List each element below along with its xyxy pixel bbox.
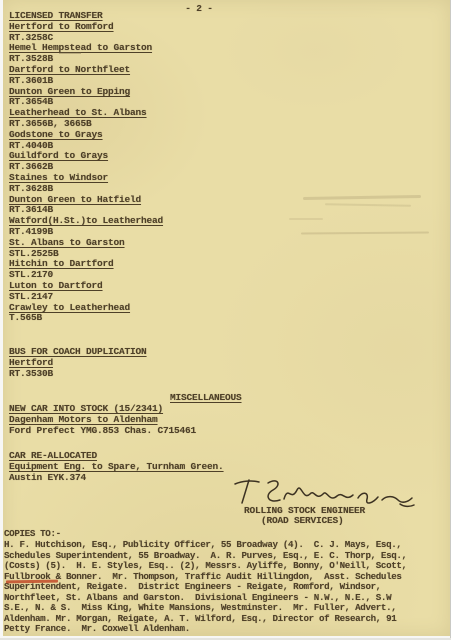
transfer-entry: Crawley to Leatherhead T.565B [9,303,163,325]
pencil-smudge [301,231,429,234]
transfer-entry: Hitchin to Dartford STL.2170 [9,259,163,281]
licensed-transfer-list: Hertford to Romford RT.3258C Hemel Hemps… [9,22,163,324]
fleet-number: RT.3628B [9,184,163,195]
route-name: Hertford [9,358,147,369]
faint-dash-mark [59,52,81,54]
section-licensed-transfer: LICENSED TRANSFER Hertford to Romford RT… [9,11,163,324]
scanned-document-page: - 2 - LICENSED TRANSFER Hertford to Romf… [3,0,450,636]
pencil-smudge [325,203,411,207]
fleet-number: RT.3601B [9,76,163,87]
transfer-entry: Hertford to Romford RT.3258C [9,22,163,44]
handwritten-signature [232,476,418,508]
copies-line: S.E., N. & S. Miss King, White Mansions,… [4,603,450,614]
bus-duplication-list: Hertford RT.3530B [9,358,147,380]
transfer-entry: Watford(H.St.)to Leatherhead RT.4199B [9,216,163,238]
transfer-entry: Staines to Windsor RT.3628B [9,173,163,195]
transfer-entry: St. Albans to Garston STL.2525B [9,238,163,260]
fleet-number: T.565B [9,313,163,324]
section-car-reallocated: CAR RE-ALLOCATED Equipment Eng. to Spare… [9,451,224,483]
route-name: Godstone to Grays [9,130,163,141]
copies-line: H. F. Hutchison, Esq., Publicity Officer… [4,540,450,551]
signatory-role-department: (ROAD SERVICES) [261,516,344,527]
copies-line: (Costs) (5). H. E. Styles, Esq.. (2), Me… [4,561,450,572]
copies-line: Superintendent, Reigate. District Engine… [4,582,450,593]
route-name: Hertford to Romford [9,22,163,33]
route-name: St. Albans to Garston [9,238,163,249]
transfer-entry: Leatherhead to St. Albans RT.3656B, 3665… [9,108,163,130]
fleet-number: STL.2147 [9,292,163,303]
transfer-entry: Godstone to Grays RT.4040B [9,130,163,152]
transfer-entry: Dunton Green to Epping RT.3654B [9,87,163,109]
copies-to-list: H. F. Hutchison, Esq., Publicity Officer… [4,540,450,635]
section-bus-for-coach-duplication: BUS FOR COACH DUPLICATION Hertford RT.35… [9,347,147,379]
pencil-smudge [303,195,421,200]
transfer-description: Dagenham Motors to Aldenham [9,415,196,426]
transfer-entry: Hertford RT.3530B [9,358,147,380]
copies-to-label: COPIES TO:- [4,529,61,540]
section-new-car-into-stock: NEW CAR INTO STOCK (15/2341) Dagenham Mo… [9,404,196,436]
transfer-entry: Luton to Dartford STL.2147 [9,281,163,303]
transfer-entry: Dartford to Northfleet RT.3601B [9,65,163,87]
pencil-smudge [289,218,323,220]
vehicle-detail: Austin EYK.374 [9,473,224,484]
vehicle-detail: Ford Prefect YMG.853 Chas. C715461 [9,426,196,437]
transfer-entry: Hemel Hempstead to Garston RT.3528B [9,43,163,65]
section-title-miscellaneous: MISCELLANEOUS [170,393,242,404]
transfer-entry: Dunton Green to Hatfield RT.3614B [9,195,163,217]
transfer-entry: Guildford to Grays RT.3662B [9,151,163,173]
fleet-number: RT.3530B [9,369,147,380]
copies-line: Petty France. Mr. Coxwell Aldenham. [4,624,450,635]
transfer-description: Equipment Eng. to Spare, Turnham Green. [9,462,224,473]
